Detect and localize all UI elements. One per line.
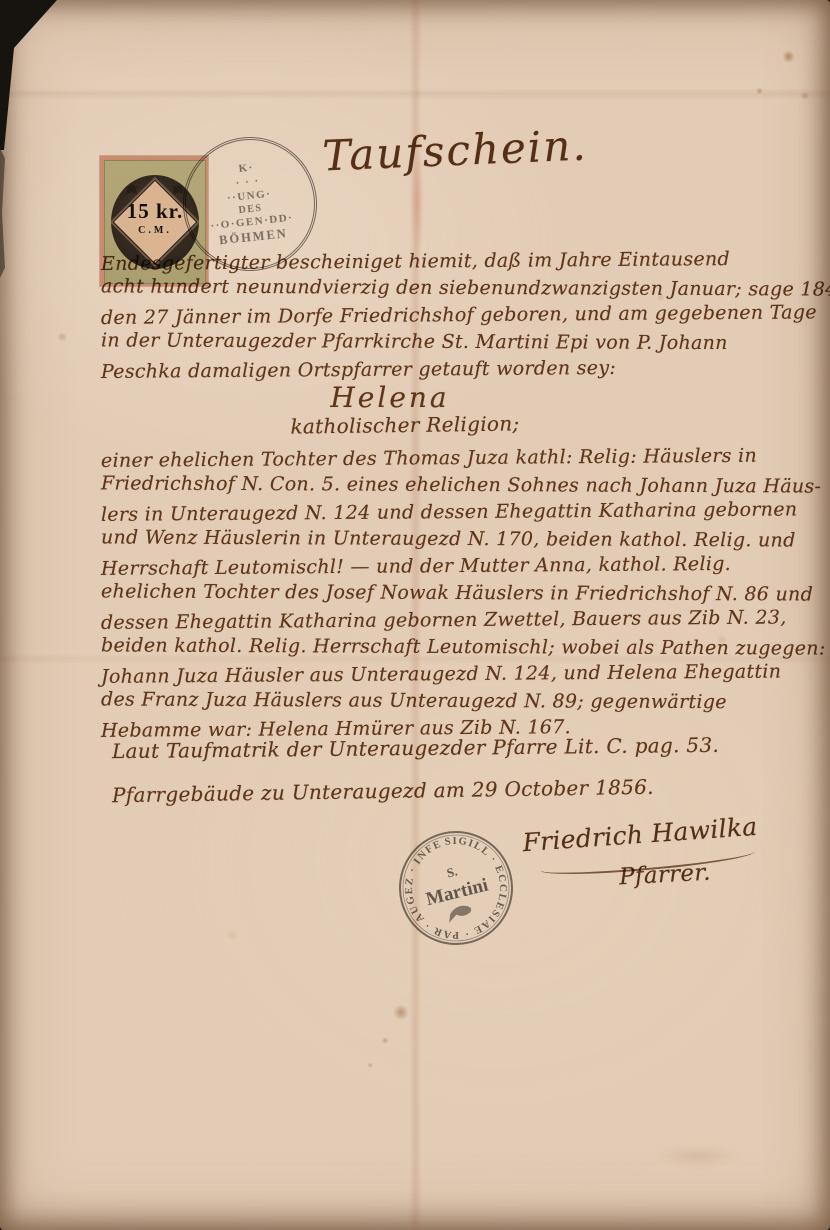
baptism-certificate-paper: 15 kr. C.M. K· · · · ··UNG· DES ··O·GEN·… xyxy=(0,0,830,1230)
seal-center-martini: Martini xyxy=(424,875,491,911)
document-scene: 15 kr. C.M. K· · · · ··UNG· DES ··O·GEN·… xyxy=(0,0,830,1230)
place-date-line: Pfarrgebäude zu Unteraugezd am 29 Octobe… xyxy=(112,775,654,808)
parents-witnesses-paragraph: einer ehelichen Tochter des Thomas Juza … xyxy=(101,447,826,744)
intro-paragraph: Endesgefertigter bescheiniget hiemit, da… xyxy=(101,250,830,385)
imperial-eagle-icon xyxy=(124,183,139,195)
document-title: Taufschein. xyxy=(279,119,631,183)
religion-line: katholischer Religion; xyxy=(240,411,570,440)
register-reference-line: Laut Taufmatrik der Unteraugezder Pfarre… xyxy=(112,733,719,763)
stamp-currency: C.M. xyxy=(111,225,199,236)
seal-emblem-icon xyxy=(446,904,473,923)
seal-center-s: S. xyxy=(445,863,459,880)
child-name: Helena xyxy=(255,381,525,414)
